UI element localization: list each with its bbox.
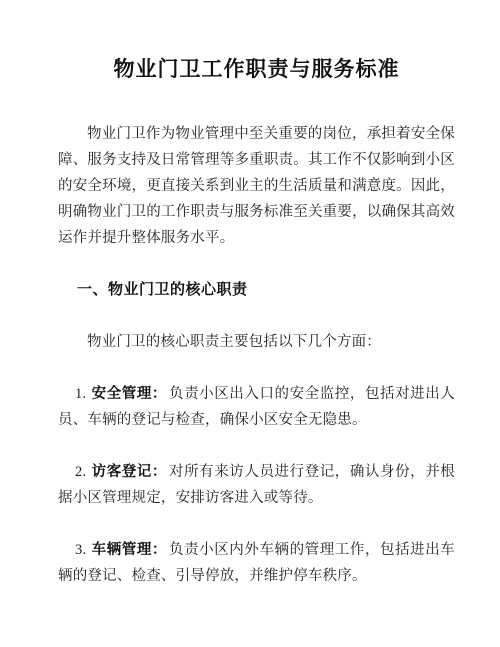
item-1-number: 1. bbox=[75, 386, 86, 402]
section-heading: 一、物业门卫的核心职责 bbox=[58, 277, 455, 303]
document-page: 物业门卫工作职责与服务标准 物业门卫作为物业管理中至关重要的岗位，承担着安全保障… bbox=[0, 0, 500, 647]
list-item-1: 1.安全管理：负责小区出入口的安全监控，包括对进出人员、车辆的登记与检查，确保小… bbox=[58, 381, 455, 433]
item-3-number: 3. bbox=[75, 542, 86, 558]
intro-paragraph: 物业门卫作为物业管理中至关重要的岗位，承担着安全保障、服务支持及日常管理等多重职… bbox=[58, 121, 455, 251]
list-item-3: 3.车辆管理：负责小区内外车辆的管理工作，包括进出车辆的登记、检查、引导停放，并… bbox=[58, 537, 455, 589]
item-2-label: 访客登记： bbox=[91, 464, 167, 480]
item-3-label: 车辆管理： bbox=[91, 542, 167, 558]
page-title: 物业门卫工作职责与服务标准 bbox=[58, 55, 455, 85]
section-lead: 物业门卫的核心职责主要包括以下几个方面： bbox=[58, 329, 455, 355]
item-2-number: 2. bbox=[75, 464, 86, 480]
list-item-2: 2.访客登记：对所有来访人员进行登记，确认身份，并根据小区管理规定，安排访客进入… bbox=[58, 459, 455, 511]
item-1-label: 安全管理： bbox=[91, 386, 167, 402]
